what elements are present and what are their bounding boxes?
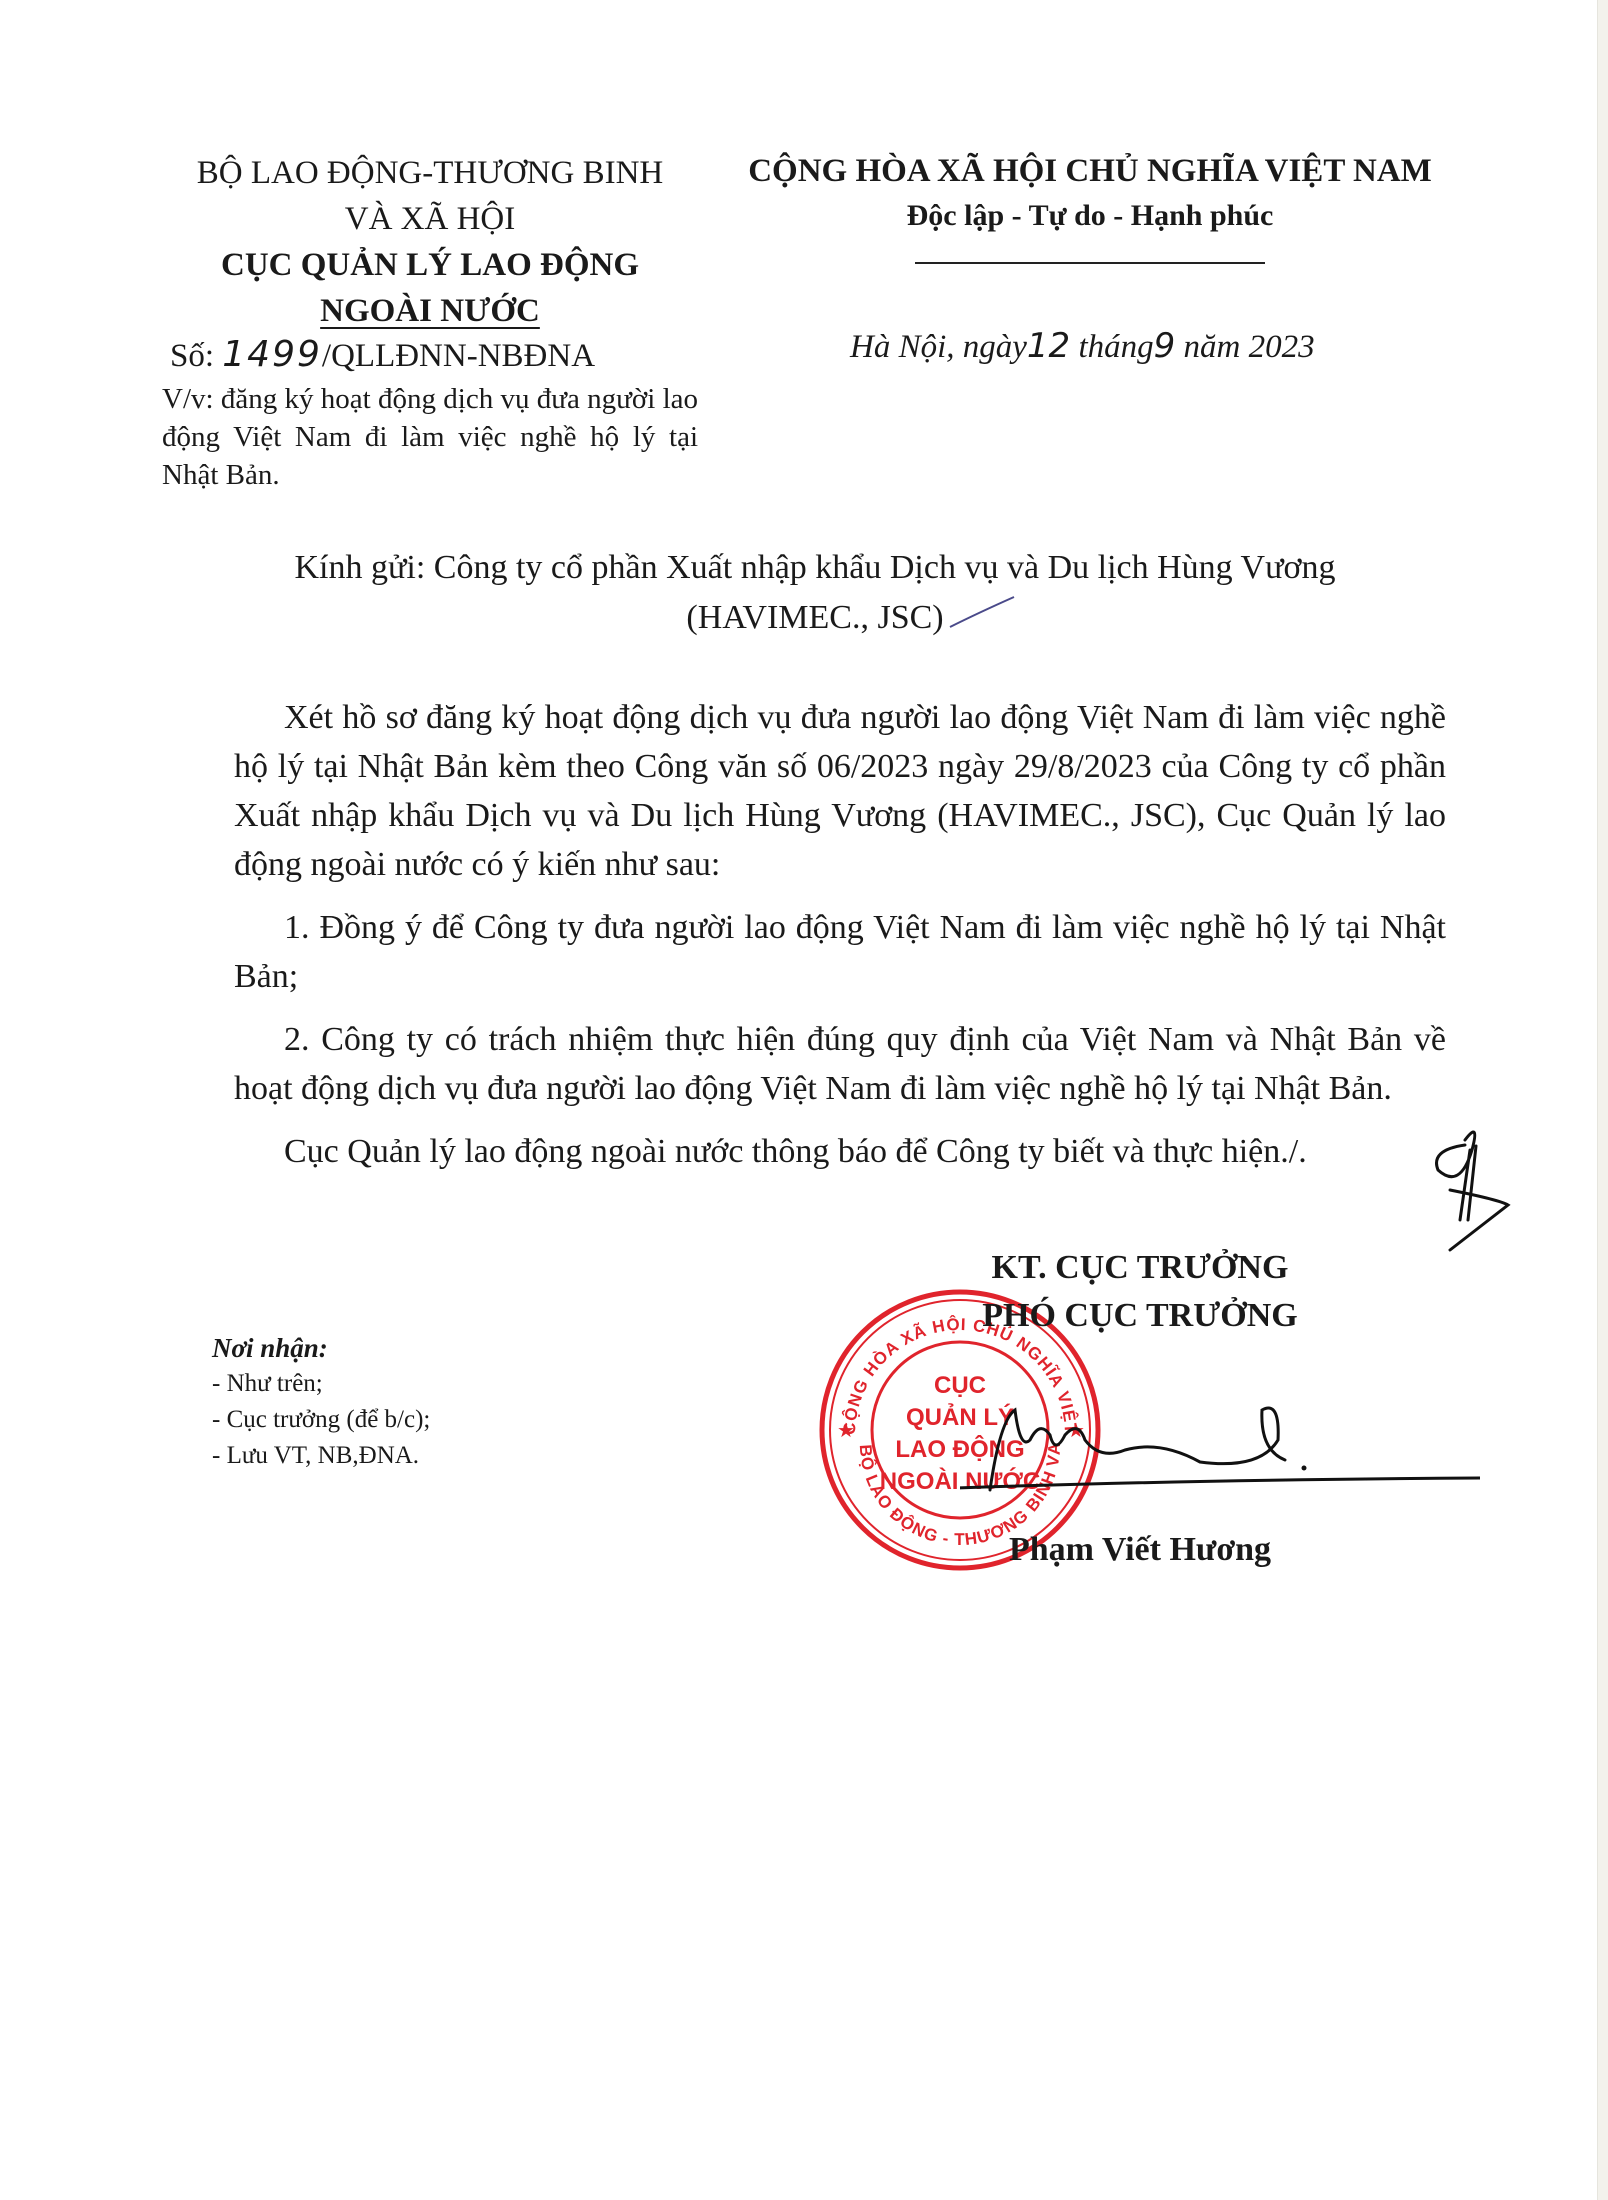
- recipient-item: - Lưu VT, NB,ĐNA.: [212, 1438, 430, 1474]
- signer-title-2: PHÓ CỤC TRƯỞNG: [900, 1292, 1380, 1340]
- recipient-item: - Cục trưởng (để b/c);: [212, 1402, 430, 1438]
- signer-title: KT. CỤC TRƯỞNG PHÓ CỤC TRƯỞNG: [900, 1244, 1380, 1340]
- national-motto: Độc lập - Tự do - Hạnh phúc: [710, 194, 1470, 238]
- page-edge: [1597, 0, 1608, 2200]
- handwritten-signature-icon: [960, 1380, 1480, 1500]
- letter-body: Xét hồ sơ đăng ký hoạt động dịch vụ đưa …: [234, 693, 1446, 1190]
- ministry-line-1: BỘ LAO ĐỘNG-THƯƠNG BINH: [160, 150, 700, 196]
- handwritten-number: 1499: [222, 334, 322, 375]
- recipient: Kính gửi: Công ty cổ phần Xuất nhập khẩu…: [200, 543, 1430, 643]
- recipient-item: - Như trên;: [212, 1366, 430, 1402]
- signer-name: Phạm Viết Hương: [900, 1531, 1380, 1569]
- initials-signature-icon: [1410, 1110, 1520, 1260]
- closing-paragraph: Cục Quản lý lao động ngoài nước thông bá…: [234, 1127, 1446, 1176]
- department-line-2: NGOÀI NƯỚC: [320, 293, 540, 329]
- handwritten-day: 12: [1027, 326, 1070, 366]
- document-number: Số: 1499/QLLĐNN-NBĐNA: [170, 334, 595, 375]
- svg-text:★: ★: [837, 1420, 855, 1442]
- motto-underline: [915, 262, 1265, 264]
- ministry-line-2: VÀ XÃ HỘI: [160, 196, 700, 242]
- signer-title-1: KT. CỤC TRƯỞNG: [900, 1244, 1380, 1292]
- handwritten-month: 9: [1154, 326, 1176, 366]
- recipient-line-1: Kính gửi: Công ty cổ phần Xuất nhập khẩu…: [200, 543, 1430, 593]
- department-line-1: CỤC QUẢN LÝ LAO ĐỘNG: [160, 242, 700, 288]
- subject-line: V/v: đăng ký hoạt động dịch vụ đưa người…: [162, 380, 698, 494]
- item-1: 1. Đồng ý để Công ty đưa người lao động …: [234, 903, 1446, 1001]
- item-2: 2. Công ty có trách nhiệm thực hiện đúng…: [234, 1015, 1446, 1113]
- pen-tick-icon: [948, 593, 1018, 633]
- recipient-line-2: (HAVIMEC., JSC): [200, 593, 1430, 643]
- issue-date: Hà Nội, ngày12 tháng9 năm 2023: [850, 326, 1315, 366]
- recipients-heading: Nơi nhận:: [212, 1330, 430, 1366]
- intro-paragraph: Xét hồ sơ đăng ký hoạt động dịch vụ đưa …: [234, 693, 1446, 889]
- recipients-list: Nơi nhận: - Như trên; - Cục trưởng (để b…: [212, 1330, 430, 1474]
- issuing-authority: BỘ LAO ĐỘNG-THƯƠNG BINH VÀ XÃ HỘI CỤC QU…: [160, 150, 700, 334]
- nation-name: CỘNG HÒA XÃ HỘI CHỦ NGHĨA VIỆT NAM: [710, 148, 1470, 194]
- national-header: CỘNG HÒA XÃ HỘI CHỦ NGHĨA VIỆT NAM Độc l…: [710, 148, 1470, 264]
